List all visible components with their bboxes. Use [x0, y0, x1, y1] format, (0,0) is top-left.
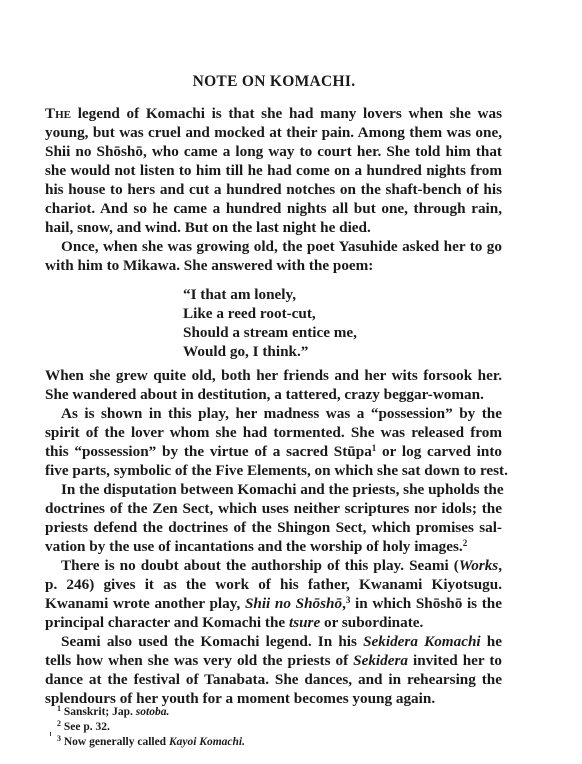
footnote-ref: 2 [463, 538, 468, 548]
footnote-2: 2 See p. 32. [57, 720, 110, 735]
poem-line: Should a stream entice me, [183, 323, 357, 342]
text-line: When she grew quite old, both her friend… [45, 366, 502, 385]
footnote-number: 2 [57, 719, 61, 728]
text-line: tells how when she was very old the prie… [45, 651, 502, 670]
footnote-number: 3 [57, 734, 61, 743]
text-line: In the disputation between Komachi and t… [61, 480, 502, 499]
text-line: p. 246) gives it as the work of his fath… [45, 575, 502, 594]
text-line: chariot. And so he came a hundred nights… [45, 199, 502, 218]
poem-line: Would go, I think.” [183, 342, 308, 361]
text-line: this “possession” by the virtue of a sac… [45, 442, 502, 461]
text-line: principal character and Komachi the tsur… [45, 613, 502, 632]
print-speck [50, 732, 51, 736]
book-page: NOTE ON KOMACHI. The legend of Komachi i… [0, 0, 582, 764]
text-line: Kwanami wrote another play, Shii no Shōs… [45, 594, 502, 613]
text-line: Shii no Shōshō, who came a long way to c… [45, 142, 502, 161]
text-line: five parts, symbolic of the Five Element… [45, 461, 502, 480]
text-line: spirit of the lover whom she had torment… [45, 423, 502, 442]
text-line: Once, when she was growing old, the poet… [61, 237, 502, 256]
text-line: hail, snow, and wind. But on the last ni… [45, 218, 502, 237]
text-line: young, but was cruel and mocked at their… [45, 123, 502, 142]
text-line: his house to hers and cut a hundred notc… [45, 180, 502, 199]
page-title: NOTE ON KOMACHI. [0, 73, 548, 91]
footnote-1: 1 Sanskrit; Jap. sotoba. [57, 705, 169, 720]
text-line: priests defend the doctrines of the Shin… [45, 518, 502, 537]
text-line: The legend of Komachi is that she had ma… [45, 104, 502, 123]
text-line: There is no doubt about the authorship o… [61, 556, 502, 575]
text-line: vation by the use of incantations and th… [45, 537, 502, 556]
footnote-3: 3 Now generally called Kayoi Komachi. [57, 735, 245, 750]
poem-line: “I that am lonely, [183, 285, 296, 304]
text-line: As is shown in this play, her madness wa… [61, 404, 502, 423]
footnote-number: 1 [57, 704, 61, 713]
text-line: Seami also used the Komachi legend. In h… [61, 632, 502, 651]
text-line: with him to Mikawa. She answered with th… [45, 256, 502, 275]
text-line: She wandered about in destitution, a tat… [45, 385, 502, 404]
poem-line: Like a reed root-cut, [183, 304, 316, 323]
text-line: dance at the festival of Tanabata. She d… [45, 670, 502, 689]
text-line: doctrines of the Zen Sect, which uses ne… [45, 499, 502, 518]
text-line: she would not listen to him till he had … [45, 161, 502, 180]
